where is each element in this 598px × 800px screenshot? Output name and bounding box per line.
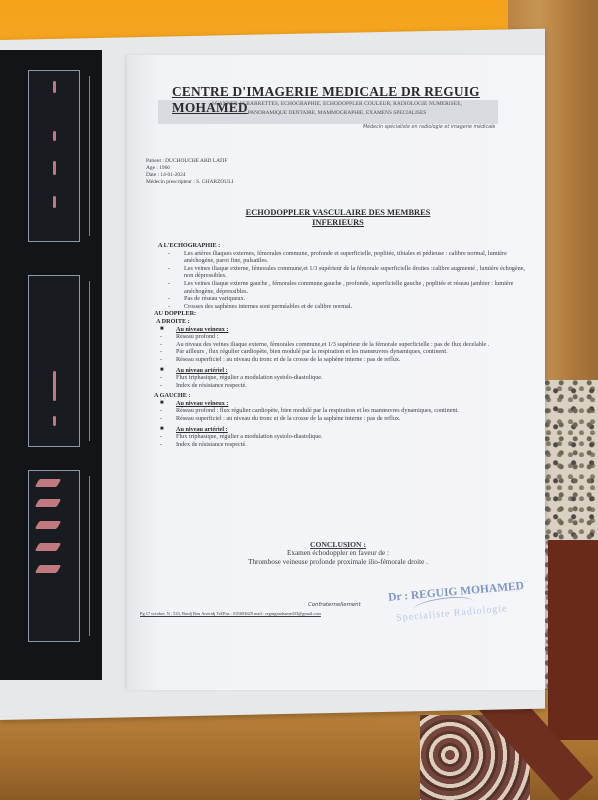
conclusion: CONCLUSION : Examen échodoppler en faveu… (138, 540, 538, 567)
closing-salutation: Confraternellement (308, 602, 361, 608)
echo-item: Pas de réseau variqueux. (164, 295, 534, 303)
conclusion-heading: CONCLUSION : (138, 540, 538, 549)
droite-heading: A DROITE : (156, 318, 534, 326)
doppler-heading: AU DOPPLER: (154, 310, 534, 318)
clinic-address-footer: Pg 17 octobre, N : 523, Bordj Bou Arreri… (140, 611, 321, 616)
echo-item: Les veines iliaque externe gauche , fémo… (164, 280, 534, 295)
droite-venous-item: Réseau superficiel : au niveau du tronc … (156, 356, 534, 364)
specialty-line: Médecin spécialiste en radiologie et ima… (363, 125, 495, 130)
conclusion-line-1: Examen échodoppler en faveur de : (138, 549, 538, 558)
droite-arterial-item: Index de résistance respecté. (156, 382, 534, 390)
echo-item: Les artères iliaques externes, fémorales… (164, 250, 534, 265)
echo-item: Les veines iliaque externe, fémorales co… (164, 265, 534, 280)
ultrasound-film (0, 50, 102, 680)
report-title-line-1: ECHODOPPLER VASCULAIRE DES MEMBRES (246, 208, 431, 217)
report-title-line-2: INFERIEURS (312, 218, 364, 227)
gauche-arterial-item: Flux triphasique, régulier a modulation … (156, 433, 534, 441)
droite-venous-item: Au niveau des veines iliaque externe, fé… (156, 341, 534, 349)
echographie-heading: A L'ECHOGRAPHIE : (158, 242, 534, 250)
background-chair-leg (548, 540, 598, 740)
gauche-venous-item: Réseau profond : flux régulier cardiopèt… (156, 407, 534, 415)
droite-venous-heading: Au niveau veineux : (156, 326, 534, 334)
report-title: ECHODOPPLER VASCULAIRE DES MEMBRES INFER… (138, 208, 538, 228)
doppler-panel-2 (28, 275, 80, 447)
gauche-arterial-item: Index de résistance respecté. (156, 441, 534, 449)
patient-age: Age : 1966 (146, 165, 233, 172)
doppler-panel-3 (28, 470, 80, 642)
droite-venous-item: Réseau profond : (156, 333, 534, 341)
gauche-venous-heading: Au niveau veineux : (156, 400, 534, 408)
prescriber: Médecin prescripteur : S. GHARZOULI (146, 179, 233, 186)
gauche-venous-item: Réseau superficiel : au niveau du tronc … (156, 415, 534, 423)
echo-item: Crosses des saphènes internes sont permé… (164, 303, 534, 311)
droite-arterial-heading: Au niveau artériel : (156, 367, 534, 375)
droite-arterial-item: Flux triphasique, régulier a modulation … (156, 374, 534, 382)
droite-venous-item: Par ailleurs , flux régulier cardiopète,… (156, 348, 534, 356)
gauche-arterial-heading: Au niveau artériel : (156, 426, 534, 434)
services-line-1: SCANNER 16 BARRETTES, ECHOGRAPHIE, ECHOD… (162, 101, 512, 107)
report-body: A L'ECHOGRAPHIE : Les artères iliaques e… (154, 242, 534, 448)
services-line-2: PANORAMIQUE DENTAIRE, MAMMOGRAPHIE, EXAM… (162, 110, 512, 116)
doppler-panel-1 (28, 70, 80, 242)
gauche-heading: A GAUCHE : (154, 392, 534, 400)
patient-info: Patient : DUCHOUCHE ABD LATIF Age : 1966… (146, 158, 233, 186)
conclusion-line-2: Thrombose veineuse profonde proximale il… (138, 558, 538, 567)
exam-date: Date : 14-01-2024 (146, 172, 233, 179)
patient-name: Patient : DUCHOUCHE ABD LATIF (146, 158, 233, 165)
